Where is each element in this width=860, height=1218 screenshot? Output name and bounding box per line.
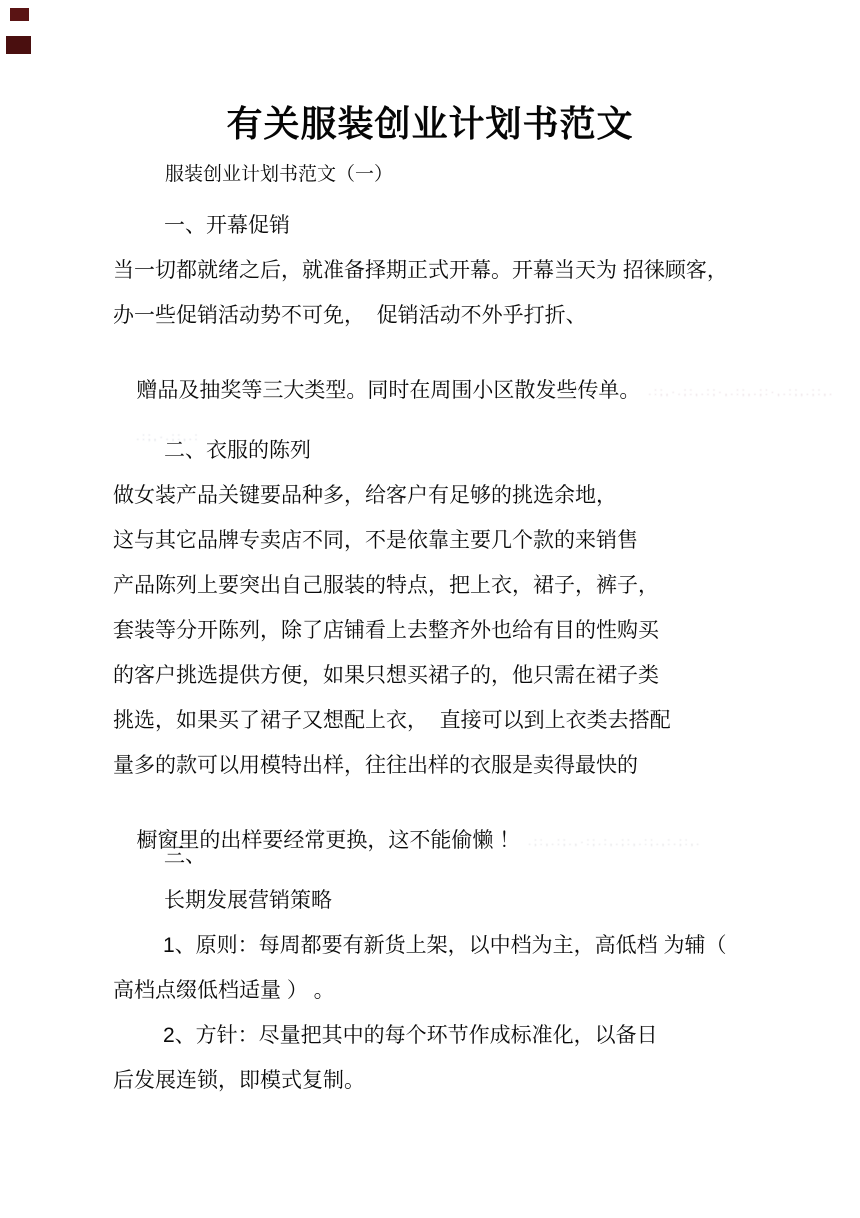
section-1-heading: 一、开幕促销	[164, 211, 290, 241]
paragraph-line: 后发展连锁，即模式复制。	[113, 1066, 365, 1096]
section-3-subheading: 长期发展营销策略	[164, 886, 332, 916]
paragraph-line: 2、方针：尽量把其中的每个环节作成标准化，以备日	[163, 1021, 658, 1051]
paragraph-line: 1、原则：每周都要有新货上架，以中档为主，高低档 为辅（	[163, 931, 727, 961]
watermark-text: .;:,.:;.,·:;.:,.;:,.:;.,:.;:,.	[528, 837, 702, 848]
corner-bar-1	[10, 8, 29, 21]
paragraph-line: 这与其它品牌专卖店不同，不是依靠主要几个款的来销售	[113, 526, 638, 556]
section-3-heading: 三、	[164, 841, 206, 871]
document-title: 有关服装创业计划书范文	[0, 100, 860, 148]
paragraph-line: 挑选，如果买了裙子又想配上衣， 直接可以到上衣类去搭配	[113, 706, 671, 736]
paragraph-line: 办一些促销活动势不可免， 促销活动不外乎打折、	[113, 301, 587, 331]
paragraph-line: 的客户挑选提供方便，如果只想买裙子的，他只需在裙子类	[113, 661, 659, 691]
section-2-heading: 二、衣服的陈列	[164, 436, 311, 466]
paragraph-line: 橱窗里的出样要经常更换，这不能偷懒 ！.;:,.:;.,·:;.:,.;:,.:…	[113, 796, 702, 826]
paragraph-line: 赠品及抽奖等三大类型。同时在周围小区散发些传单。.:;,·.;:,.:;·,.:…	[113, 346, 835, 376]
paragraph-line: 套装等分开陈列，除了店铺看上去整齐外也给有目的性购买	[113, 616, 659, 646]
paragraph-line: 当一切都就绪之后，就准备择期正式开幕。开幕当天为 招徕顾客，	[113, 256, 728, 286]
corner-bar-2	[6, 36, 31, 54]
document-subtitle: 服装创业计划书范文（一）	[165, 162, 393, 188]
paragraph-line: 高档点缀低档适量 ） 。	[113, 976, 335, 1006]
document-page: 有关服装创业计划书范文 服装创业计划书范文（一） 一、开幕促销 当一切都就绪之后…	[0, 0, 860, 1218]
watermark-row: .:;,·.;:,.:	[113, 391, 200, 421]
watermark-text: .:;,·.;:,.:;·,.:;,.;:·,.:;,.;:,.	[648, 387, 835, 398]
paragraph-line: 做女装产品关键要品种多，给客户有足够的挑选余地，	[113, 481, 617, 511]
paragraph-line: 产品陈列上要突出自己服装的特点，把上衣，裙子，裤子，	[113, 571, 659, 601]
paragraph-line: 量多的款可以用模特出样，往往出样的衣服是卖得最快的	[113, 751, 638, 781]
paragraph-line-text: 赠品及抽奖等三大类型。同时在周围小区散发些传单。	[136, 379, 640, 402]
